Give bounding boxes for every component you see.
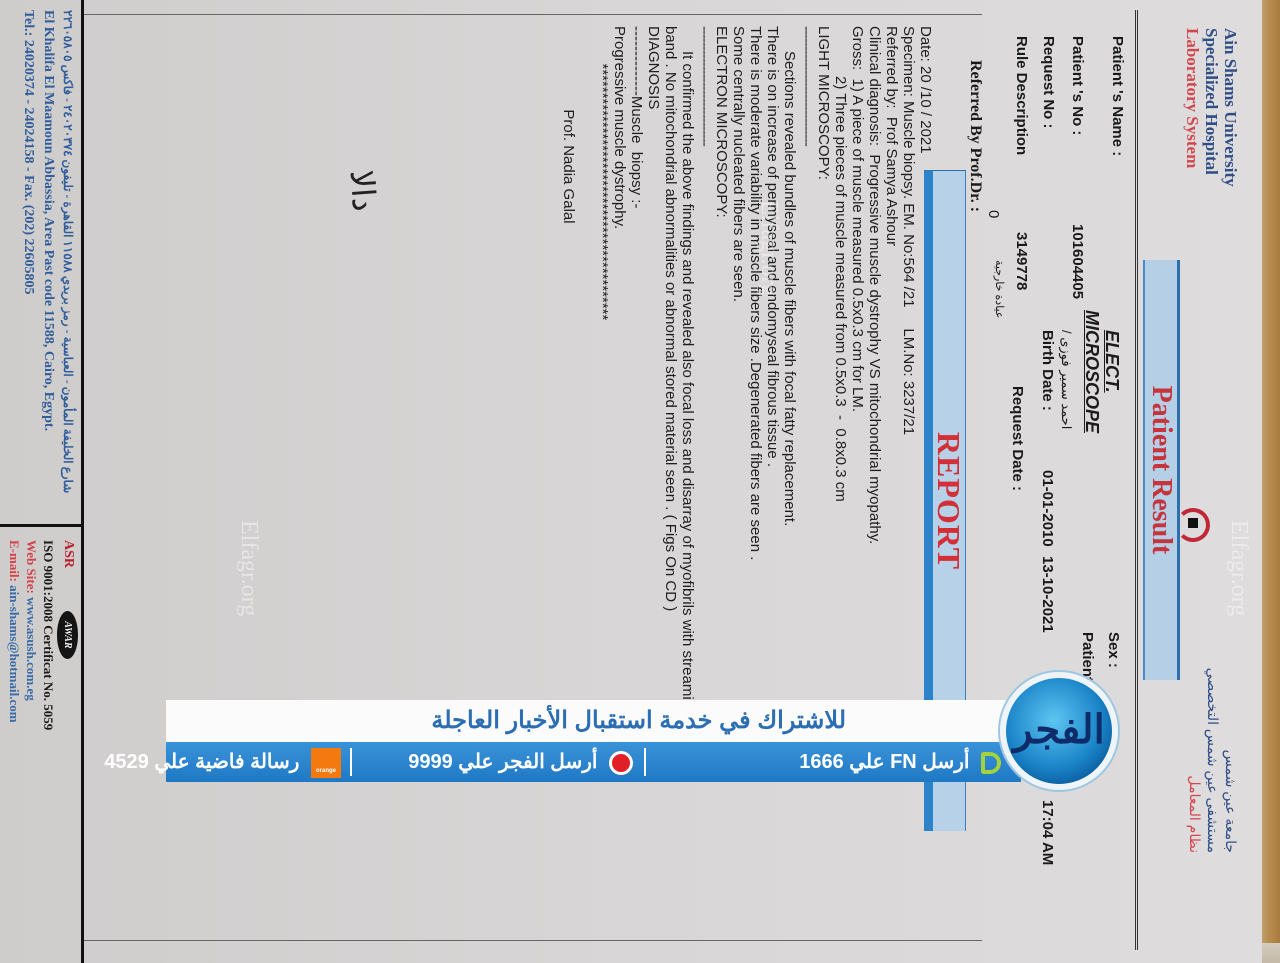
orange-text: رسالة فاضية علي 4529 bbox=[104, 751, 299, 773]
section-label: ELECT. MICROSCOPE bbox=[1082, 310, 1122, 433]
divider: ------------------------------ bbox=[798, 26, 815, 926]
hospital-logo-icon bbox=[1176, 508, 1210, 542]
clinic-label: عيادة خارجية bbox=[993, 260, 1006, 318]
light-microscopy-heading: LIGHT MICROSCOPY: bbox=[815, 26, 832, 926]
footer-divider bbox=[81, 0, 84, 963]
iso-certificate: ISO 9001:2008 Certificat No. 5059 bbox=[40, 540, 57, 960]
vodafone-offer[interactable]: أرسل الفجر علي 9999 bbox=[408, 742, 633, 782]
gross-line-1: Gross: 1) A piece of muscle measured 0.5… bbox=[849, 26, 866, 926]
institution-name-ar: جامعة عين شمس bbox=[1222, 668, 1240, 853]
orange-icon: orange bbox=[311, 748, 341, 778]
section-label-line1: ELECT. bbox=[1102, 310, 1122, 433]
footer-address: شارع الخليفة المأمون - العباسية - رمز بر… bbox=[18, 10, 78, 515]
watermark: Elfagr.org bbox=[755, 200, 782, 296]
banner-operators: أرسل FN علي 1666 أرسل الفجر علي 9999 ora… bbox=[166, 742, 1021, 782]
separator bbox=[644, 748, 646, 776]
asr-logo: ASR bbox=[60, 540, 77, 568]
signatory: Prof. Nadia Galal bbox=[560, 26, 577, 926]
orange-offer[interactable]: orange رسالة فاضية علي 4529 bbox=[104, 742, 341, 782]
elfagr-logo[interactable]: الفجر bbox=[1000, 672, 1118, 790]
vodafone-text: أرسل الفجر علي 9999 bbox=[408, 751, 597, 773]
patient-no-value: 101604405 bbox=[1069, 224, 1086, 299]
sex-label: Sex : bbox=[1105, 632, 1122, 668]
em-finding-1: It confirmed the above findings and reve… bbox=[679, 26, 696, 926]
report-body: Date: 20 /10 / 2021 Specimen: Muscle bio… bbox=[560, 26, 934, 926]
website-label: Web Site: bbox=[24, 540, 39, 594]
report-document: Ain Shams University Specialized Hospita… bbox=[0, 0, 1262, 963]
subscription-banner[interactable]: للاشتراك في خدمة استقبال الأخبار العاجلة… bbox=[166, 690, 1021, 790]
footer-certification: ASR AWAR ISO 9001:2008 Certificat No. 50… bbox=[6, 540, 78, 960]
institution-name: Ain Shams University bbox=[1221, 28, 1240, 187]
awar-logo: AWAR bbox=[57, 611, 78, 658]
institution-header-ar: جامعة عين شمس مستشفى عين شمس التخصصي نظا… bbox=[1186, 668, 1240, 853]
diagnosis-specimen: --------------Muscle biopsy :- bbox=[628, 26, 645, 926]
address-ar: شارع الخليفة المأمون - العباسية - رمز بر… bbox=[58, 10, 78, 515]
separator bbox=[350, 748, 352, 776]
system-name: Laboratory System bbox=[1183, 28, 1202, 187]
gross-line-2: 2) Three pieces of muscle measured from … bbox=[832, 26, 849, 926]
referred-line: Referred by: Prof Samya Ashour bbox=[883, 26, 900, 926]
clinical-diagnosis-line: Clinical diagnosis: Progressive muscle d… bbox=[866, 26, 883, 926]
vodafone-icon bbox=[609, 751, 633, 775]
patient-no-label: Patient 's No : bbox=[1069, 36, 1086, 135]
hospital-name-ar: مستشفى عين شمس التخصصي bbox=[1204, 668, 1222, 853]
asterisk-divider: ****************************************… bbox=[594, 26, 611, 926]
divider: ------------------------------ bbox=[696, 26, 713, 926]
lm-finding-2: There is on increase of permyseal and en… bbox=[764, 26, 781, 926]
hospital-name: Specialized Hospital bbox=[1202, 28, 1221, 187]
birth-date-value: 01-01-2010 bbox=[1039, 470, 1056, 547]
email-label: E-mail: bbox=[7, 540, 22, 582]
birth-date-label: Birth Date : bbox=[1039, 330, 1056, 411]
header-divider bbox=[1135, 10, 1138, 950]
institution-header-en: Ain Shams University Specialized Hospita… bbox=[1183, 28, 1240, 187]
email-link[interactable]: ain-shams@hotmail.com bbox=[7, 585, 22, 722]
name-value: احمد سمير فوزى / bbox=[1058, 330, 1074, 429]
watermark: Elfagr.org bbox=[235, 520, 262, 616]
address-en: El Khalifa El Maamoun Abbassia, Area Pas… bbox=[38, 10, 58, 515]
lm-finding-1: Sections revealed bundles of muscle fibe… bbox=[781, 26, 798, 926]
lm-finding-4: Some centrally nucleated fibers are seen… bbox=[730, 26, 747, 926]
request-no-value: 3149778 bbox=[1013, 232, 1030, 290]
name-label: Patient 's Name : bbox=[1109, 36, 1126, 156]
handwritten-note: دالا bbox=[343, 169, 384, 213]
watermark: Elfagr.org bbox=[1225, 520, 1252, 616]
electron-microscopy-heading: ELECTRON MICROSCOPY: bbox=[713, 26, 730, 926]
specimen-line: Specimen: Muscle biopsy. EM. No:564 /21 … bbox=[900, 26, 917, 926]
website-link[interactable]: www.asush.com.eg bbox=[24, 597, 39, 701]
lm-finding-3: There is moderate variability in muscle … bbox=[747, 26, 764, 926]
etisalat-icon bbox=[981, 752, 1001, 774]
request-date-value: 13-10-2021 bbox=[1039, 556, 1056, 633]
banner-headline: للاشتراك في خدمة استقبال الأخبار العاجلة bbox=[166, 700, 1021, 742]
request-no-label: Request No : bbox=[1040, 36, 1057, 129]
section-label-line2: MICROSCOPE bbox=[1082, 310, 1102, 433]
page-title: Patient Result bbox=[1143, 260, 1180, 680]
diagnosis-heading: DIAGNOSIS bbox=[645, 26, 662, 926]
phone-fax: Tel.: 24020374 - 24024158 - Fax. (202) 2… bbox=[18, 10, 38, 515]
request-date-label: Request Date : bbox=[1009, 386, 1026, 491]
rule-description-label: Rule Description bbox=[1013, 36, 1030, 155]
diagnosis-value: Progressive muscle dystrophy. bbox=[611, 26, 628, 926]
footer-vertical-divider bbox=[0, 524, 84, 527]
request-time-value: 17:04 AM bbox=[1039, 800, 1056, 865]
etisalat-offer[interactable]: أرسل FN علي 1666 bbox=[799, 742, 1001, 782]
report-date: Date: 20 /10 / 2021 bbox=[917, 26, 934, 926]
system-name-ar: نظام المعامل bbox=[1186, 668, 1204, 853]
rule-description-value: 0 bbox=[985, 210, 1002, 218]
blank-line bbox=[577, 26, 594, 926]
em-finding-2: band . No mitochondrial abnormalities or… bbox=[662, 26, 679, 926]
etisalat-text: أرسل FN علي 1666 bbox=[799, 751, 969, 773]
